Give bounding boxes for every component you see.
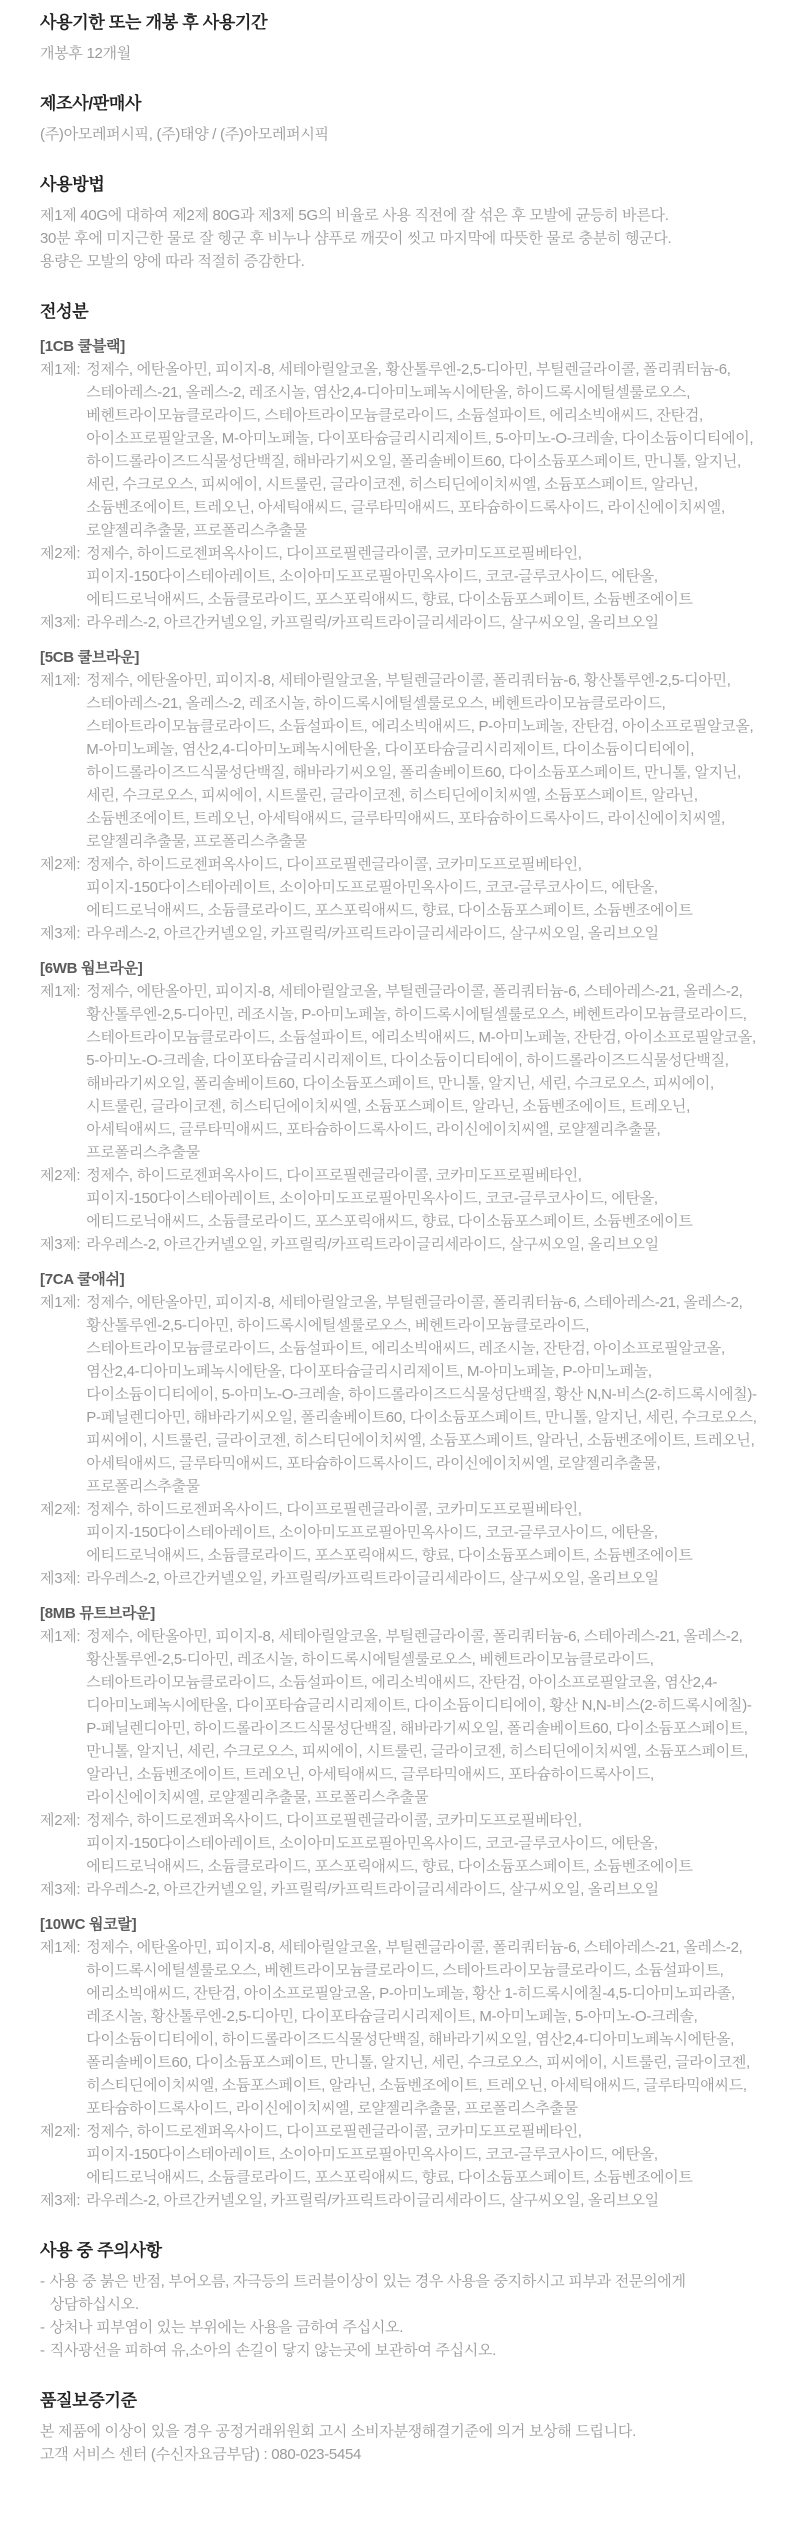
bullet-dash: - (40, 2339, 50, 2362)
phase-text: 정제수, 에탄올아민, 피이지-8, 세테아릴알코올, 황산톨루엔-2,5-디아… (86, 358, 760, 542)
product-info-page: 사용기한 또는 개봉 후 사용기간 개봉후 12개월 제조사/판매사 (주)아모… (40, 12, 760, 2466)
phase-text: 정제수, 에탄올아민, 피이지-8, 세테아릴알코올, 부틸렌글라이콜, 폴리쿼… (86, 669, 760, 853)
section-warranty: 품질보증기준 본 제품에 이상이 있을 경우 공정거래위원회 고시 소비자분쟁해… (40, 2390, 760, 2466)
precaution-item-3: - 직사광선을 피하여 유,소아의 손길이 닿지 않는곳에 보관하여 주십시오. (40, 2339, 760, 2362)
phase-row: 제1제: 정제수, 에탄올아민, 피이지-8, 세테아릴알코올, 부틸렌글라이콜… (40, 1291, 760, 1498)
phase-row: 제3제: 라우레스-2, 아르간커넬오일, 카프릴릭/카프릭트라이글리세라이드,… (40, 1233, 760, 1256)
phase-label: 제3제: (40, 1878, 86, 1901)
directions-title: 사용방법 (40, 174, 760, 196)
phase-row: 제3제: 라우레스-2, 아르간커넬오일, 카프릴릭/카프릭트라이글리세라이드,… (40, 1878, 760, 1901)
phase-text: 정제수, 에탄올아민, 피이지-8, 세테아릴알코올, 부틸렌글라이콜, 폴리쿼… (86, 1936, 760, 2120)
phase-row: 제2제: 정제수, 하이드로젠퍼옥사이드, 다이프로필렌글라이콜, 코카미도프로… (40, 853, 760, 922)
phase-row: 제2제: 정제수, 하이드로젠퍼옥사이드, 다이프로필렌글라이콜, 코카미도프로… (40, 1809, 760, 1878)
phase-label: 제3제: (40, 611, 86, 634)
phase-label: 제1제: (40, 1291, 86, 1314)
section-precautions: 사용 중 주의사항 - 사용 중 붉은 반점, 부어오름, 자극등의 트러블이상… (40, 2240, 760, 2362)
ingredient-variant-7ca: [7CA 쿨애쉬] 제1제: 정제수, 에탄올아민, 피이지-8, 세테아릴알코… (40, 1268, 760, 1590)
section-ingredients: 전성분 [1CB 쿨블랙] 제1제: 정제수, 에탄올아민, 피이지-8, 세테… (40, 301, 760, 2212)
phase-text: 정제수, 에탄올아민, 피이지-8, 세테아릴알코올, 부틸렌글라이콜, 폴리쿼… (86, 1625, 760, 1809)
phase-label: 제2제: (40, 853, 86, 876)
phase-text: 정제수, 하이드로젠퍼옥사이드, 다이프로필렌글라이콜, 코카미도프로필베타인,… (86, 1164, 760, 1233)
ingredient-variant-1cb: [1CB 쿨블랙] 제1제: 정제수, 에탄올아민, 피이지-8, 세테아릴알코… (40, 335, 760, 634)
phase-text: 라우레스-2, 아르간커넬오일, 카프릴릭/카프릭트라이글리세라이드, 살구씨오… (86, 1567, 760, 1590)
phase-row: 제3제: 라우레스-2, 아르간커넬오일, 카프릴릭/카프릭트라이글리세라이드,… (40, 611, 760, 634)
phase-label: 제3제: (40, 1233, 86, 1256)
variant-name: [7CA 쿨애쉬] (40, 1268, 760, 1291)
bullet-dash: - (40, 2316, 50, 2339)
phase-label: 제1제: (40, 1625, 86, 1648)
phase-text: 정제수, 하이드로젠퍼옥사이드, 다이프로필렌글라이콜, 코카미도프로필베타인,… (86, 853, 760, 922)
phase-text: 라우레스-2, 아르간커넬오일, 카프릴릭/카프릭트라이글리세라이드, 살구씨오… (86, 1878, 760, 1901)
phase-label: 제3제: (40, 1567, 86, 1590)
directions-line-3: 용량은 모발의 양에 따라 적절히 증감한다. (40, 250, 760, 273)
phase-text: 정제수, 에탄올아민, 피이지-8, 세테아릴알코올, 부틸렌글라이콜, 폴리쿼… (86, 1291, 760, 1498)
ingredient-variant-5cb: [5CB 쿨브라운] 제1제: 정제수, 에탄올아민, 피이지-8, 세테아릴알… (40, 646, 760, 945)
phase-label: 제1제: (40, 669, 86, 692)
usage-period-title: 사용기한 또는 개봉 후 사용기간 (40, 12, 760, 34)
bullet-dash: - (40, 2270, 50, 2293)
phase-label: 제2제: (40, 542, 86, 565)
phase-row: 제2제: 정제수, 하이드로젠퍼옥사이드, 다이프로필렌글라이콜, 코카미도프로… (40, 542, 760, 611)
usage-period-value: 개봉후 12개월 (40, 42, 760, 65)
phase-row: 제1제: 정제수, 에탄올아민, 피이지-8, 세테아릴알코올, 부틸렌글라이콜… (40, 1936, 760, 2120)
phase-row: 제1제: 정제수, 에탄올아민, 피이지-8, 세테아릴알코올, 부틸렌글라이콜… (40, 669, 760, 853)
phase-label: 제1제: (40, 1936, 86, 1959)
precaution-item-2: - 상처나 피부염이 있는 부위에는 사용을 금하여 주십시오. (40, 2316, 760, 2339)
directions-line-1: 제1제 40G에 대하여 제2제 80G과 제3제 5G의 비율로 사용 직전에… (40, 204, 760, 227)
section-directions: 사용방법 제1제 40G에 대하여 제2제 80G과 제3제 5G의 비율로 사… (40, 174, 760, 273)
phase-row: 제3제: 라우레스-2, 아르간커넬오일, 카프릴릭/카프릭트라이글리세라이드,… (40, 1567, 760, 1590)
phase-text: 정제수, 하이드로젠퍼옥사이드, 다이프로필렌글라이콜, 코카미도프로필베타인,… (86, 1498, 760, 1567)
phase-text: 정제수, 에탄올아민, 피이지-8, 세테아릴알코올, 부틸렌글라이콜, 폴리쿼… (86, 980, 760, 1164)
variant-name: [6WB 웜브라운] (40, 957, 760, 980)
ingredient-variant-10wc: [10WC 웜코랄] 제1제: 정제수, 에탄올아민, 피이지-8, 세테아릴알… (40, 1913, 760, 2212)
precaution-text: 직사광선을 피하여 유,소아의 손길이 닿지 않는곳에 보관하여 주십시오. (50, 2339, 496, 2362)
section-usage-period: 사용기한 또는 개봉 후 사용기간 개봉후 12개월 (40, 12, 760, 65)
phase-row: 제3제: 라우레스-2, 아르간커넬오일, 카프릴릭/카프릭트라이글리세라이드,… (40, 2189, 760, 2212)
warranty-title: 품질보증기준 (40, 2390, 760, 2412)
phase-text: 라우레스-2, 아르간커넬오일, 카프릴릭/카프릭트라이글리세라이드, 살구씨오… (86, 2189, 760, 2212)
phase-label: 제2제: (40, 1498, 86, 1521)
manufacturer-value: (주)아모레퍼시픽, (주)태양 / (주)아모레퍼시픽 (40, 123, 760, 146)
precaution-text: 사용 중 붉은 반점, 부어오름, 자극등의 트러블이상이 있는 경우 사용을 … (50, 2270, 760, 2316)
phase-row: 제3제: 라우레스-2, 아르간커넬오일, 카프릴릭/카프릭트라이글리세라이드,… (40, 922, 760, 945)
phase-row: 제2제: 정제수, 하이드로젠퍼옥사이드, 다이프로필렌글라이콜, 코카미도프로… (40, 1164, 760, 1233)
phase-label: 제3제: (40, 2189, 86, 2212)
phase-text: 라우레스-2, 아르간커넬오일, 카프릴릭/카프릭트라이글리세라이드, 살구씨오… (86, 611, 760, 634)
phase-label: 제3제: (40, 922, 86, 945)
phase-text: 라우레스-2, 아르간커넬오일, 카프릴릭/카프릭트라이글리세라이드, 살구씨오… (86, 1233, 760, 1256)
variant-name: [1CB 쿨블랙] (40, 335, 760, 358)
ingredient-variant-6wb: [6WB 웜브라운] 제1제: 정제수, 에탄올아민, 피이지-8, 세테아릴알… (40, 957, 760, 1256)
ingredients-title: 전성분 (40, 301, 760, 323)
variant-name: [10WC 웜코랄] (40, 1913, 760, 1936)
phase-text: 정제수, 하이드로젠퍼옥사이드, 다이프로필렌글라이콜, 코카미도프로필베타인,… (86, 1809, 760, 1878)
phase-label: 제2제: (40, 1809, 86, 1832)
phase-row: 제1제: 정제수, 에탄올아민, 피이지-8, 세테아릴알코올, 부틸렌글라이콜… (40, 1625, 760, 1809)
section-manufacturer: 제조사/판매사 (주)아모레퍼시픽, (주)태양 / (주)아모레퍼시픽 (40, 93, 760, 146)
warranty-line-1: 본 제품에 이상이 있을 경우 공정거래위원회 고시 소비자분쟁해결기준에 의거… (40, 2420, 760, 2443)
phase-text: 라우레스-2, 아르간커넬오일, 카프릴릭/카프릭트라이글리세라이드, 살구씨오… (86, 922, 760, 945)
phase-label: 제2제: (40, 2120, 86, 2143)
phase-row: 제2제: 정제수, 하이드로젠퍼옥사이드, 다이프로필렌글라이콜, 코카미도프로… (40, 2120, 760, 2189)
ingredient-variant-8mb: [8MB 뮤트브라운] 제1제: 정제수, 에탄올아민, 피이지-8, 세테아릴… (40, 1602, 760, 1901)
phase-text: 정제수, 하이드로젠퍼옥사이드, 다이프로필렌글라이콜, 코카미도프로필베타인,… (86, 542, 760, 611)
phase-row: 제1제: 정제수, 에탄올아민, 피이지-8, 세테아릴알코올, 부틸렌글라이콜… (40, 980, 760, 1164)
phase-row: 제2제: 정제수, 하이드로젠퍼옥사이드, 다이프로필렌글라이콜, 코카미도프로… (40, 1498, 760, 1567)
phase-label: 제1제: (40, 358, 86, 381)
warranty-line-2: 고객 서비스 센터 (수신자요금부담) : 080-023-5454 (40, 2443, 760, 2466)
variant-name: [8MB 뮤트브라운] (40, 1602, 760, 1625)
precaution-item-1: - 사용 중 붉은 반점, 부어오름, 자극등의 트러블이상이 있는 경우 사용… (40, 2270, 760, 2316)
phase-row: 제1제: 정제수, 에탄올아민, 피이지-8, 세테아릴알코올, 황산톨루엔-2… (40, 358, 760, 542)
phase-text: 정제수, 하이드로젠퍼옥사이드, 다이프로필렌글라이콜, 코카미도프로필베타인,… (86, 2120, 760, 2189)
variant-name: [5CB 쿨브라운] (40, 646, 760, 669)
phase-label: 제1제: (40, 980, 86, 1003)
precaution-text: 상처나 피부염이 있는 부위에는 사용을 금하여 주십시오. (50, 2316, 403, 2339)
precautions-title: 사용 중 주의사항 (40, 2240, 760, 2262)
manufacturer-title: 제조사/판매사 (40, 93, 760, 115)
phase-label: 제2제: (40, 1164, 86, 1187)
directions-line-2: 30분 후에 미지근한 물로 잘 헹군 후 비누나 샴푸로 깨끗이 씻고 마지막… (40, 227, 760, 250)
